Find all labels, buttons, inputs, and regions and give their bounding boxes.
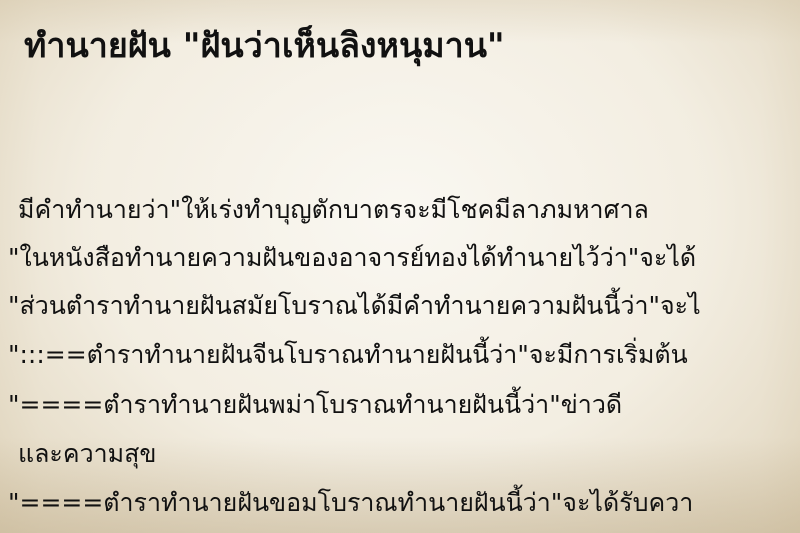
interpretation-line-6: และความสุข bbox=[18, 436, 157, 472]
interpretation-line-4: ":::==ตำราทำนายฝันจีนโบราณทำนายฝันนี้ว่า… bbox=[8, 337, 688, 373]
interpretation-line-2: "ในหนังสือทำนายความฝันของอาจารย์ทองได้ทำ… bbox=[8, 240, 696, 276]
interpretation-line-3: "ส่วนตำราทำนายฝันสมัยโบราณได้มีคำทำนายคว… bbox=[8, 288, 701, 324]
page-title: ทำนายฝัน "ฝันว่าเห็นลิงหนุมาน" bbox=[24, 22, 505, 70]
dream-interpretation-document: ทำนายฝัน "ฝันว่าเห็นลิงหนุมาน" มีคำทำนาย… bbox=[0, 0, 800, 533]
interpretation-line-7: "====ตำราทำนายฝันขอมโบราณทำนายฝันนี้ว่า"… bbox=[8, 485, 693, 521]
interpretation-line-5: "====ตำราทำนายฝันพม่าโบราณทำนายฝันนี้ว่า… bbox=[8, 387, 622, 423]
interpretation-line-1: มีคำทำนายว่า"ให้เร่งทำบุญตักบาตรจะมีโชคม… bbox=[18, 192, 649, 228]
